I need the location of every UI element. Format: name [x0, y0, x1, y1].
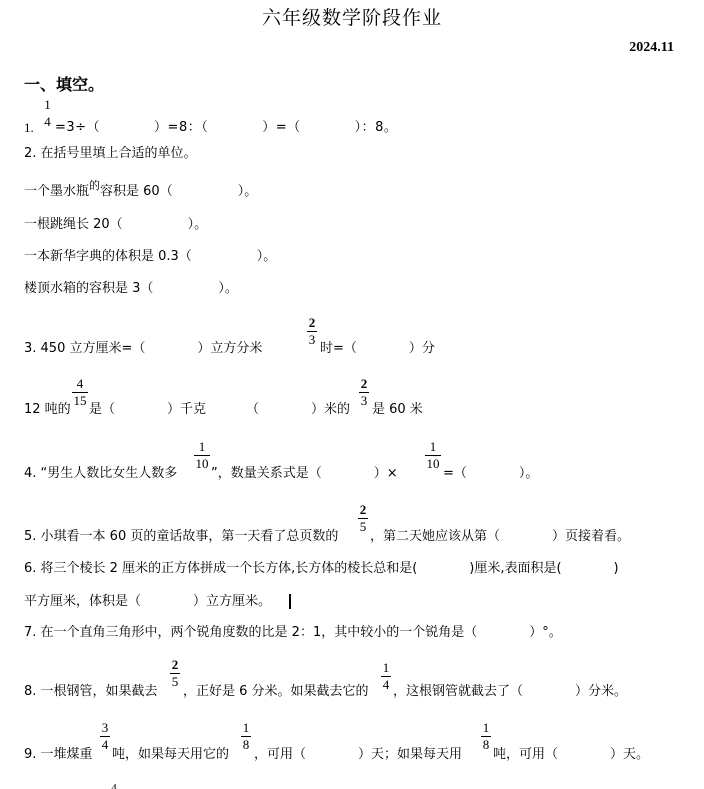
q6-line-1[interactable]: 6. 将三个棱长 2 厘米的正方体拼成一个长方体,长方体的棱长总和是( )厘米,… — [24, 561, 619, 577]
q2-prompt: 2. 在括号里填上合适的单位。 — [24, 146, 197, 162]
q2-item-3[interactable]: 一本新华字典的体积是 0.3（ ）。 — [24, 249, 276, 265]
q2-item-2[interactable]: 一根跳绳长 20（ ）。 — [24, 217, 207, 233]
q3-part-e[interactable]: （ ）米的 — [246, 402, 350, 418]
text-cursor — [289, 594, 291, 609]
q6-line-2[interactable]: 平方厘米，体积是（ ）立方厘米。 — [24, 594, 271, 610]
q4-part-a: 4. “男生人数比女生人数多 — [24, 466, 177, 482]
q4-fraction-2: 1 10 — [425, 440, 441, 471]
q8-part-b: ，正好是 6 分米。如果截去它的 — [183, 684, 369, 700]
q8-part-c[interactable]: ，这根钢管就截去了（ ）分米。 — [393, 684, 627, 700]
q4-part-c[interactable]: =（ ）。 — [443, 466, 538, 482]
q8-fraction-2: 1 4 — [381, 661, 391, 692]
q9-fraction-2: 1 8 — [241, 721, 251, 752]
q9-part-c[interactable]: ，可用（ ）天；如果每天用 — [254, 747, 462, 763]
q9-part-d[interactable]: 吨，可用（ ）天。 — [493, 747, 649, 763]
q5-part-a: 5. 小琪看一本 60 页的童话故事，第一天看了总页数的 — [24, 529, 338, 545]
q3-fraction-2: 4 15 — [72, 377, 88, 408]
q9-part-a: 9. 一堆煤重 — [24, 747, 93, 763]
q3-part-f: 是 60 米 — [372, 402, 423, 418]
q2-item-1[interactable]: 一个墨水瓶的容积是 60（ ）。 — [24, 184, 257, 200]
q8-part-a: 8. 一根钢管，如果截去 — [24, 684, 158, 700]
q3-part-a[interactable]: 3. 450 立方厘米=（ ）立方分米 — [24, 341, 262, 357]
q5-part-b[interactable]: ，第二天她应该从第（ ）页接着看。 — [370, 529, 630, 545]
q9-fraction-1: 3 4 — [100, 721, 110, 752]
q9-fraction-3: 1 8 — [481, 721, 491, 752]
q10-partial-fraction: 4 — [110, 781, 118, 789]
q4-part-b[interactable]: ”，数量关系式是（ ）× — [211, 466, 398, 482]
q1-prefix: 1. — [24, 120, 34, 136]
q9-part-b: 吨，如果每天用它的 — [112, 747, 229, 763]
q3-fraction-1: 2 3 — [307, 316, 317, 347]
q7-text[interactable]: 7. 在一个直角三角形中，两个锐角度数的比是 2：1，其中较小的一个锐角是（ ）… — [24, 625, 562, 641]
q4-fraction-1: 1 10 — [194, 440, 210, 471]
q1-fraction: 1 4 — [43, 98, 52, 129]
q1-text[interactable]: =3÷（ ）=8：（ ）=（ ）：8。 — [55, 120, 397, 136]
q8-fraction-1: 2 5 — [170, 658, 180, 689]
document-date: 2024.11 — [629, 40, 674, 56]
section-heading: 一、填空。 — [24, 72, 104, 95]
q2-item-4[interactable]: 楼顶水箱的容积是 3（ ）。 — [24, 281, 238, 297]
q3-part-b[interactable]: 时=（ ）分 — [320, 341, 435, 357]
document-title: 六年级数学阶段作业 — [0, 3, 704, 30]
q3-fraction-3: 2 3 — [359, 377, 369, 408]
q5-fraction: 2 5 — [358, 503, 368, 534]
q3-part-d[interactable]: 是（ ）千克 — [89, 402, 206, 418]
q3-part-c: 12 吨的 — [24, 402, 71, 418]
